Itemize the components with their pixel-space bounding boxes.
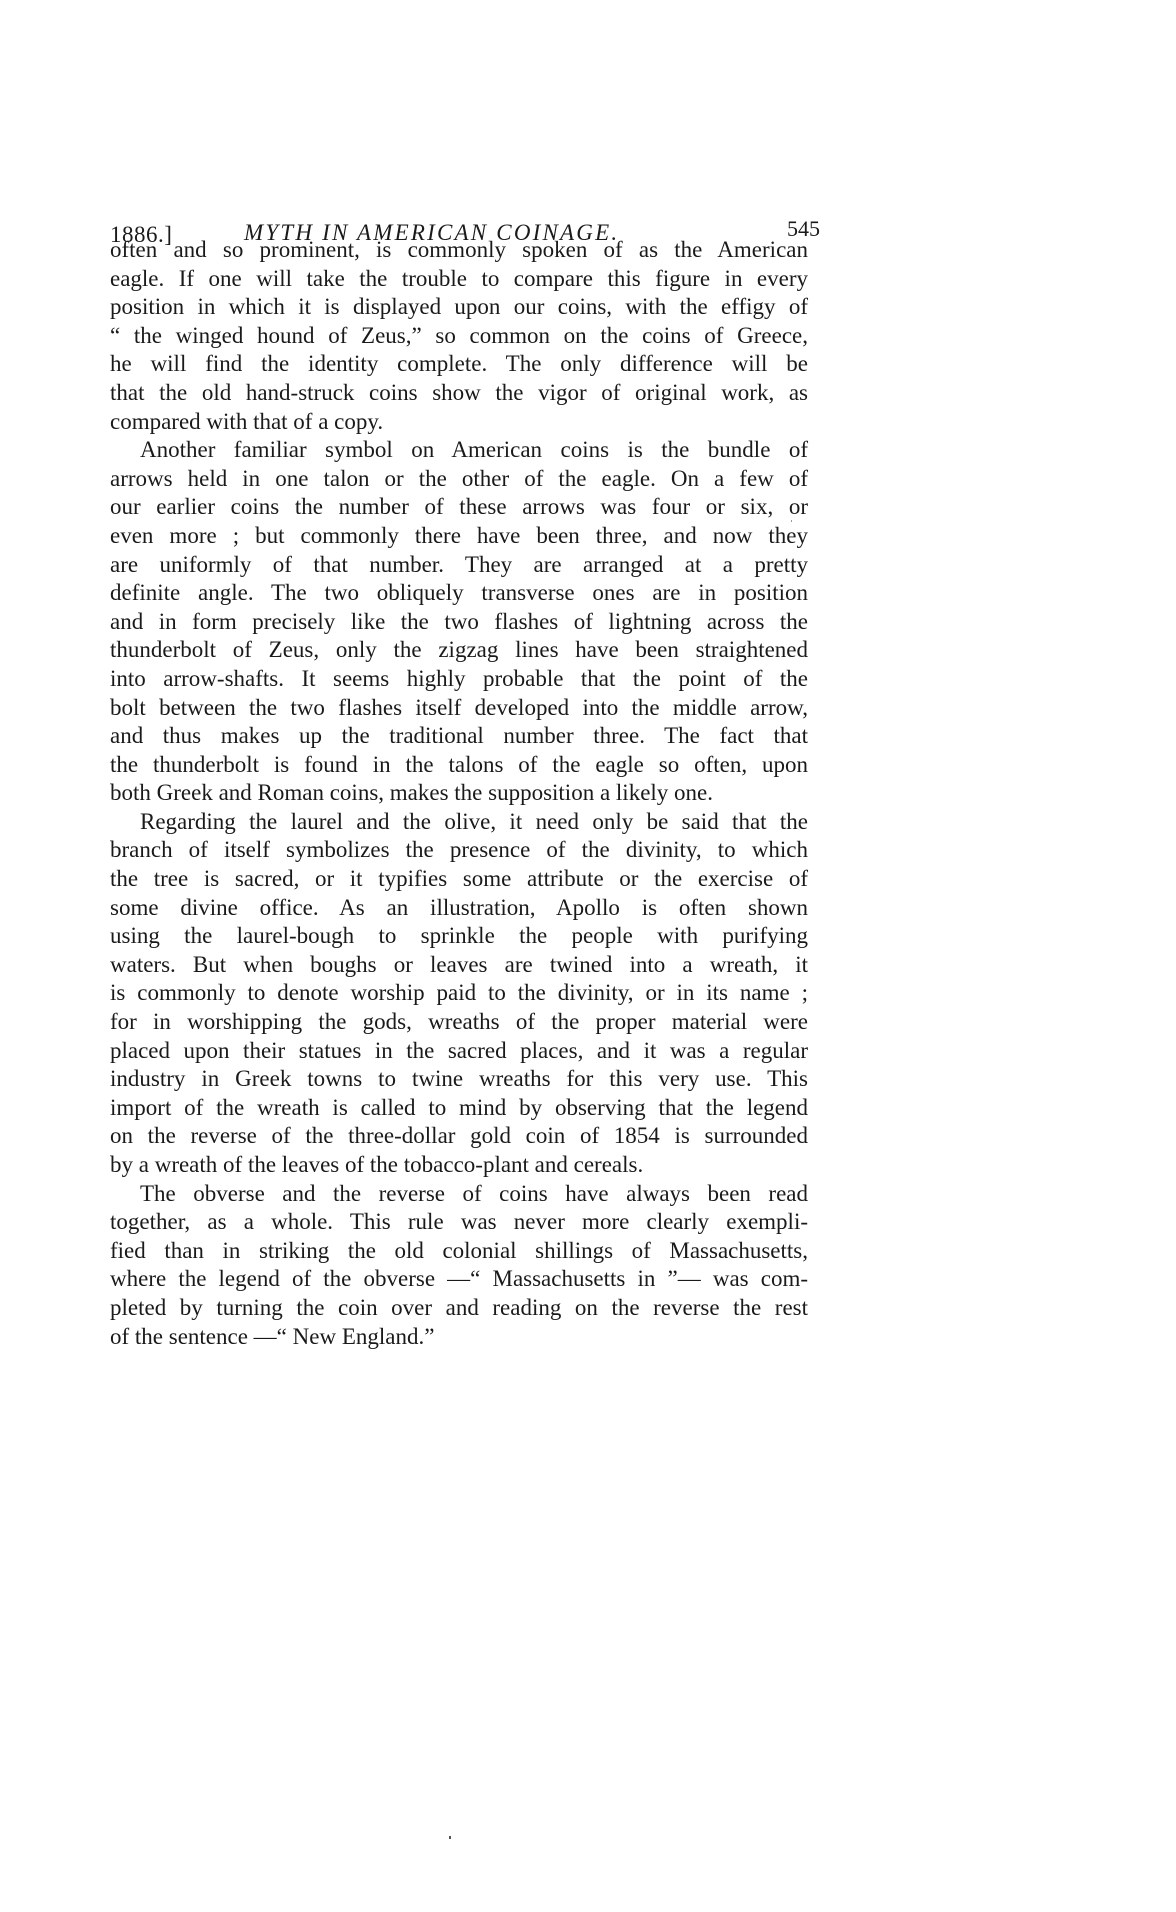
text-line: often and so prominent, is commonly spok… — [110, 236, 808, 265]
text-line: and in form precisely like the two flash… — [110, 608, 808, 637]
text-line: Regarding the laurel and the olive, it n… — [110, 808, 808, 837]
text-line: bolt between the two flashes itself deve… — [110, 694, 808, 723]
scan-speck — [791, 520, 792, 522]
scan-speck — [449, 1836, 451, 1839]
paragraph-arrows: Another familiar symbol on American coin… — [110, 436, 808, 808]
text-line: the tree is sacred, or it typifies some … — [110, 865, 808, 894]
text-line: industry in Greek towns to twine wreaths… — [110, 1065, 808, 1094]
text-line: compared with that of a copy. — [110, 408, 808, 437]
text-line: he will find the identity complete. The … — [110, 350, 808, 379]
text-line: where the legend of the obverse —“ Massa… — [110, 1265, 808, 1294]
text-line: our earlier coins the number of these ar… — [110, 493, 808, 522]
text-line: using the laurel-bough to sprinkle the p… — [110, 922, 808, 951]
text-line: “ the winged hound of Zeus,” so common o… — [110, 322, 808, 351]
text-line: are uniformly of that number. They are a… — [110, 551, 808, 580]
text-line: into arrow-shafts. It seems highly proba… — [110, 665, 808, 694]
text-line: The obverse and the reverse of coins hav… — [110, 1180, 808, 1209]
text-line: that the old hand-struck coins show the … — [110, 379, 808, 408]
text-line: pleted by turning the coin over and read… — [110, 1294, 808, 1323]
text-line: is commonly to denote worship paid to th… — [110, 979, 808, 1008]
text-line: and thus makes up the traditional number… — [110, 722, 808, 751]
text-line: by a wreath of the leaves of the tobacco… — [110, 1151, 808, 1180]
text-line: thunderbolt of Zeus, only the zigzag lin… — [110, 636, 808, 665]
body-text: often and so prominent, is commonly spok… — [110, 236, 808, 1351]
text-line: branch of itself symbolizes the presence… — [110, 836, 808, 865]
text-line: arrows held in one talon or the other of… — [110, 465, 808, 494]
paragraph-obverse-reverse: The obverse and the reverse of coins hav… — [110, 1180, 808, 1352]
text-line: Another familiar symbol on American coin… — [110, 436, 808, 465]
book-page: 1886.] MYTH IN AMERICAN COINAGE. 545 oft… — [0, 0, 1176, 1912]
text-line: waters. But when boughs or leaves are tw… — [110, 951, 808, 980]
text-line: position in which it is displayed upon o… — [110, 293, 808, 322]
text-line: eagle. If one will take the trouble to c… — [110, 265, 808, 294]
text-line: definite angle. The two obliquely transv… — [110, 579, 808, 608]
text-line: on the reverse of the three-dollar gold … — [110, 1122, 808, 1151]
text-line: the thunderbolt is found in the talons o… — [110, 751, 808, 780]
text-line: both Greek and Roman coins, makes the su… — [110, 779, 808, 808]
text-line: import of the wreath is called to mind b… — [110, 1094, 808, 1123]
paragraph-eagle: often and so prominent, is commonly spok… — [110, 236, 808, 436]
text-line: for in worshipping the gods, wreaths of … — [110, 1008, 808, 1037]
paragraph-laurel-olive: Regarding the laurel and the olive, it n… — [110, 808, 808, 1180]
text-line: some divine office. As an illustration, … — [110, 894, 808, 923]
text-line: even more ; but commonly there have been… — [110, 522, 808, 551]
text-line: together, as a whole. This rule was neve… — [110, 1208, 808, 1237]
text-line: fied than in striking the old colonial s… — [110, 1237, 808, 1266]
text-line: of the sentence —“ New England.” — [110, 1323, 808, 1352]
text-line: placed upon their statues in the sacred … — [110, 1037, 808, 1066]
